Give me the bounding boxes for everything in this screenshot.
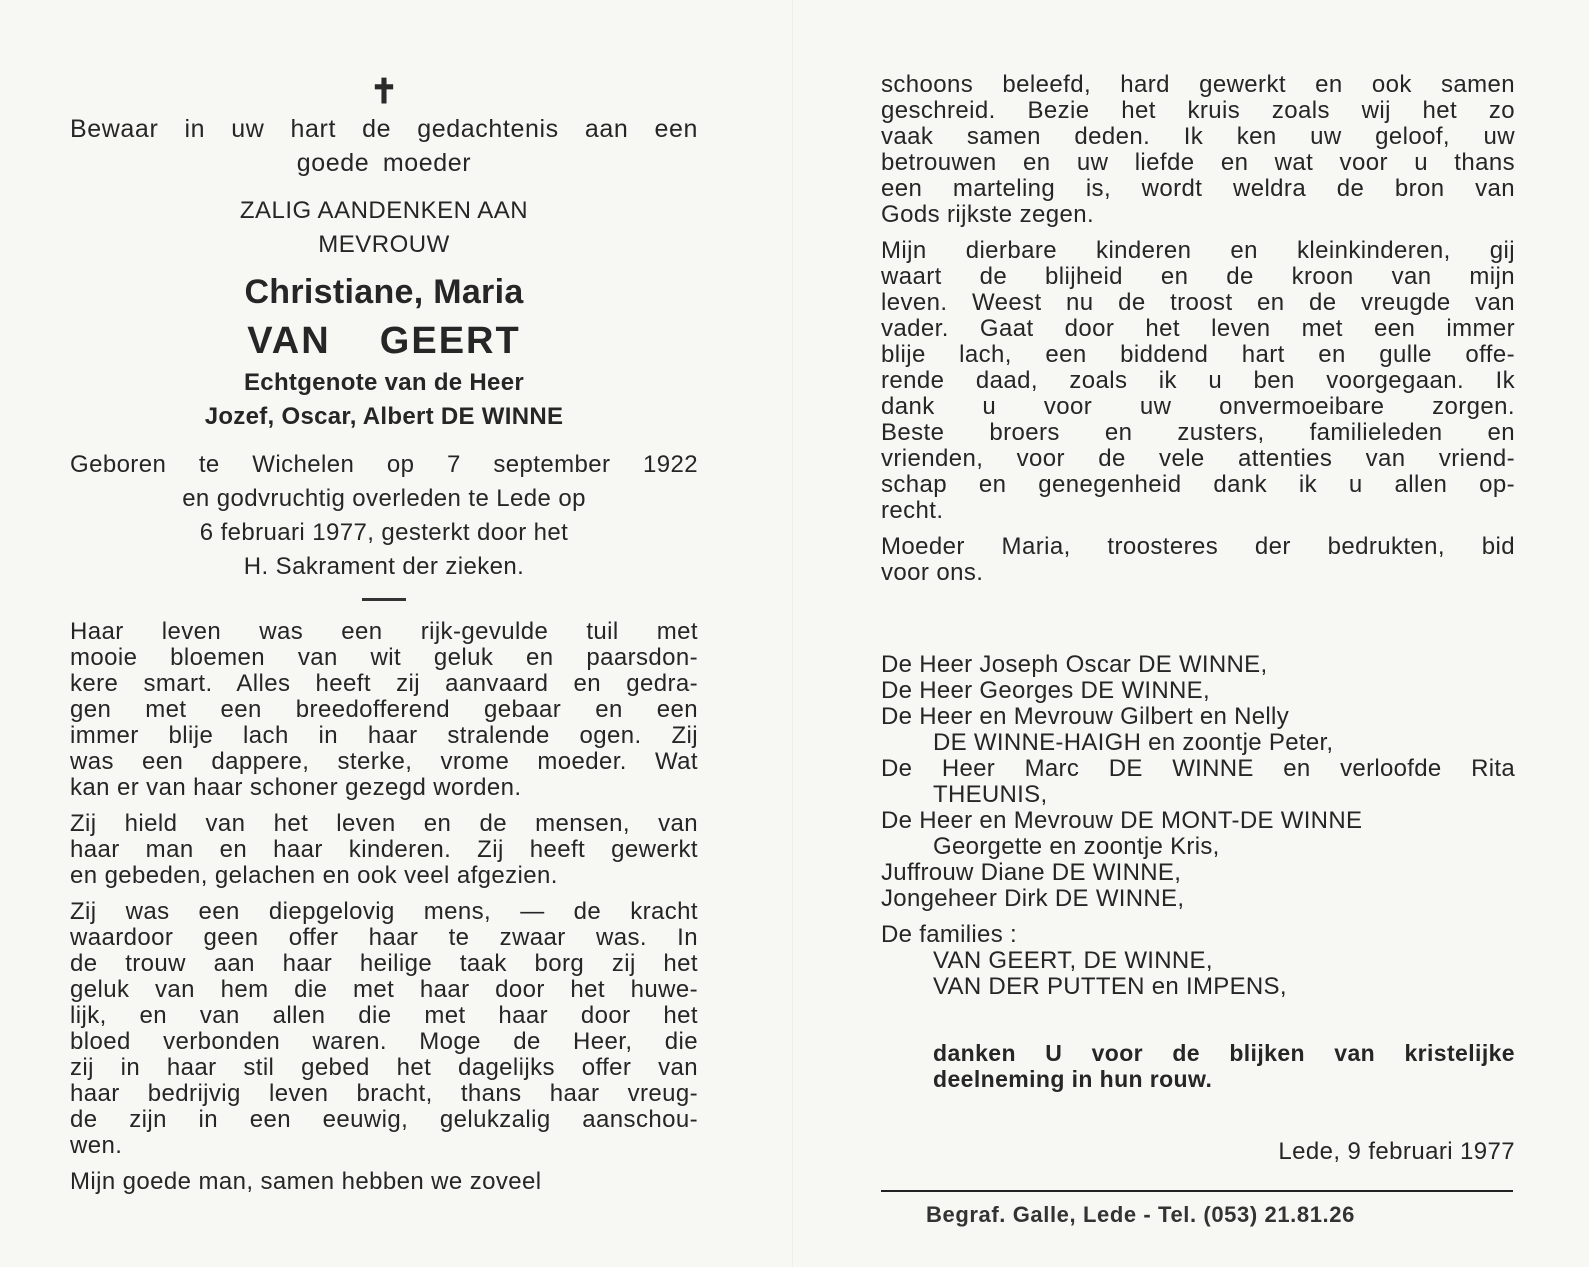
text-line: geluk van hem die met haar door het huwe…: [70, 977, 698, 1003]
paragraph: Zij was een diepgelovig mens, — de krach…: [70, 899, 698, 1159]
text-line: rende daad, zoals ik u ben voorgegaan. I…: [881, 368, 1515, 394]
text-line: een marteling is, wordt weldra de bron v…: [881, 176, 1515, 202]
text-line: vrienden, voor de vele attenties van vri…: [881, 446, 1515, 472]
right-page: schoons beleefd, hard gewerkt en ook sam…: [881, 72, 1515, 1166]
text-line: voor ons.: [881, 560, 1515, 586]
family-member: De Heer Georges DE WINNE,: [881, 678, 1515, 704]
text-line: vaak samen deden. Ik ken uw geloof, uw: [881, 124, 1515, 150]
spouse-name: Jozef, Oscar, Albert DE WINNE: [70, 400, 698, 434]
intro-line: Bewaar in uw hart de gedachtenis aan een: [70, 112, 698, 146]
paragraph: Mijn goede man, samen hebben we zoveel: [70, 1169, 698, 1195]
family-name: VAN GEERT, DE WINNE,: [881, 948, 1515, 974]
text-line: wen.: [70, 1133, 698, 1159]
text-line: Mijn goede man, samen hebben we zoveel: [70, 1169, 698, 1195]
paragraph: Mijn dierbare kinderen en kleinkinderen,…: [881, 238, 1515, 524]
text-line: was een dappere, sterke, vrome moeder. W…: [70, 749, 698, 775]
text-line: betrouwen en uw liefde en wat voor u tha…: [881, 150, 1515, 176]
text-line: bloed verbonden waren. Moge de Heer, die: [70, 1029, 698, 1055]
text-line: recht.: [881, 498, 1515, 524]
text-line: leven. Weest nu de troost en de vreugde …: [881, 290, 1515, 316]
printer-credit: Begraf. Galle, Lede - Tel. (053) 21.81.2…: [926, 1202, 1486, 1228]
family-member: De Heer en Mevrouw Gilbert en Nelly: [881, 704, 1515, 730]
text-line: haar bedrijvig leven bracht, thans haar …: [70, 1081, 698, 1107]
text-line: schoons beleefd, hard gewerkt en ook sam…: [881, 72, 1515, 98]
intro-text: Bewaar in uw hart de gedachtenis aan een…: [70, 112, 698, 180]
text-line: vader. Gaat door het leven met een immer: [881, 316, 1515, 342]
families-label: De families :: [881, 922, 1515, 948]
text-line: waart de blijheid en de kroon van mijn: [881, 264, 1515, 290]
text-line: geschreid. Bezie het kruis zoals wij het…: [881, 98, 1515, 124]
text-line: Gods rijkste zegen.: [881, 202, 1515, 228]
text-line: Beste broers en zusters, familieleden en: [881, 420, 1515, 446]
surname: VAN GEERT: [70, 316, 698, 366]
text-line: immer blije lach in haar stralende ogen.…: [70, 723, 698, 749]
text-line: blije lach, een biddend hart en gulle of…: [881, 342, 1515, 368]
text-line: Haar leven was een rijk-gevulde tuil met: [70, 619, 698, 645]
place-date: Lede, 9 februari 1977: [881, 1138, 1515, 1166]
dates-line: 6 februari 1977, gesterkt door het: [70, 516, 698, 550]
left-page: ✝ Bewaar in uw hart de gedachtenis aan e…: [70, 72, 698, 1205]
family-member: Georgette en zoontje Kris,: [881, 834, 1515, 860]
cross-icon: ✝: [70, 72, 698, 112]
family-member: THEUNIS,: [881, 782, 1515, 808]
intro-line: goede moeder: [70, 146, 698, 180]
text-line: mooie bloemen van wit geluk en paarsdon-: [70, 645, 698, 671]
text-line: kere smart. Alles heeft zij aanvaard en …: [70, 671, 698, 697]
family-member: De Heer en Mevrouw DE MONT-DE WINNE: [881, 808, 1515, 834]
paragraph: schoons beleefd, hard gewerkt en ook sam…: [881, 72, 1515, 228]
text-line: waardoor geen offer haar te zwaar was. I…: [70, 925, 698, 951]
text-line: Mijn dierbare kinderen en kleinkinderen,…: [881, 238, 1515, 264]
card-fold: [792, 0, 793, 1267]
text-line: de zijn in een eeuwig, gelukzalig aansch…: [70, 1107, 698, 1133]
short-divider: [362, 598, 406, 601]
text-line: Moeder Maria, troosteres der bedrukten, …: [881, 534, 1515, 560]
text-line: lijk, en van allen die met haar door het: [70, 1003, 698, 1029]
family-list: De Heer Joseph Oscar DE WINNE,De Heer Ge…: [881, 652, 1515, 912]
life-dates: Geboren te Wichelen op 7 september 1922 …: [70, 448, 698, 584]
family-member: De Heer Marc DE WINNE en verloofde Rita: [881, 756, 1515, 782]
text-line: schap en genegenheid dank ik u allen op-: [881, 472, 1515, 498]
left-body-text: Haar leven was een rijk-gevulde tuil met…: [70, 619, 698, 1195]
family-member: De Heer Joseph Oscar DE WINNE,: [881, 652, 1515, 678]
paragraph: Moeder Maria, troosteres der bedrukten, …: [881, 534, 1515, 586]
given-names: Christiane, Maria: [70, 268, 698, 316]
memorial-heading-line: ZALIG AANDENKEN AAN: [70, 194, 698, 228]
text-line: gen met een breedofferend gebaar en een: [70, 697, 698, 723]
families-block: De families : VAN GEERT, DE WINNE, VAN D…: [881, 922, 1515, 1000]
text-line: haar man en haar kinderen. Zij heeft gew…: [70, 837, 698, 863]
memorial-heading: ZALIG AANDENKEN AAN MEVROUW: [70, 194, 698, 262]
text-line: en gebeden, gelachen en ook veel afgezie…: [70, 863, 698, 889]
spouse-line: Echtgenote van de Heer: [70, 366, 698, 400]
dates-line: en godvruchtig overleden te Lede op: [70, 482, 698, 516]
dates-line: H. Sakrament der zieken.: [70, 550, 698, 584]
thanks-text: danken U voor de blijken van kristelijke…: [881, 1040, 1515, 1092]
text-line: kan er van haar schoner gezegd worden.: [70, 775, 698, 801]
paragraph: Zij hield van het leven en de mensen, va…: [70, 811, 698, 889]
text-line: Zij was een diepgelovig mens, — de krach…: [70, 899, 698, 925]
memorial-heading-line: MEVROUW: [70, 228, 698, 262]
family-member: Jongeheer Dirk DE WINNE,: [881, 886, 1515, 912]
dates-line: Geboren te Wichelen op 7 september 1922: [70, 448, 698, 482]
family-name: VAN DER PUTTEN en IMPENS,: [881, 974, 1515, 1000]
thanks-line: danken U voor de blijken van kristelijke: [933, 1040, 1515, 1066]
paragraph: Haar leven was een rijk-gevulde tuil met…: [70, 619, 698, 801]
thanks-line: deelneming in hun rouw.: [933, 1066, 1515, 1092]
text-line: dank u voor uw onvermoeibare zorgen.: [881, 394, 1515, 420]
text-line: de trouw aan haar heilige taak borg zij …: [70, 951, 698, 977]
text-line: Zij hield van het leven en de mensen, va…: [70, 811, 698, 837]
family-member: Juffrouw Diane DE WINNE,: [881, 860, 1515, 886]
right-body-text: schoons beleefd, hard gewerkt en ook sam…: [881, 72, 1515, 586]
family-member: DE WINNE-HAIGH en zoontje Peter,: [881, 730, 1515, 756]
text-line: zij in haar stil gebed het dagelijks off…: [70, 1055, 698, 1081]
footer-divider: [881, 1190, 1513, 1192]
